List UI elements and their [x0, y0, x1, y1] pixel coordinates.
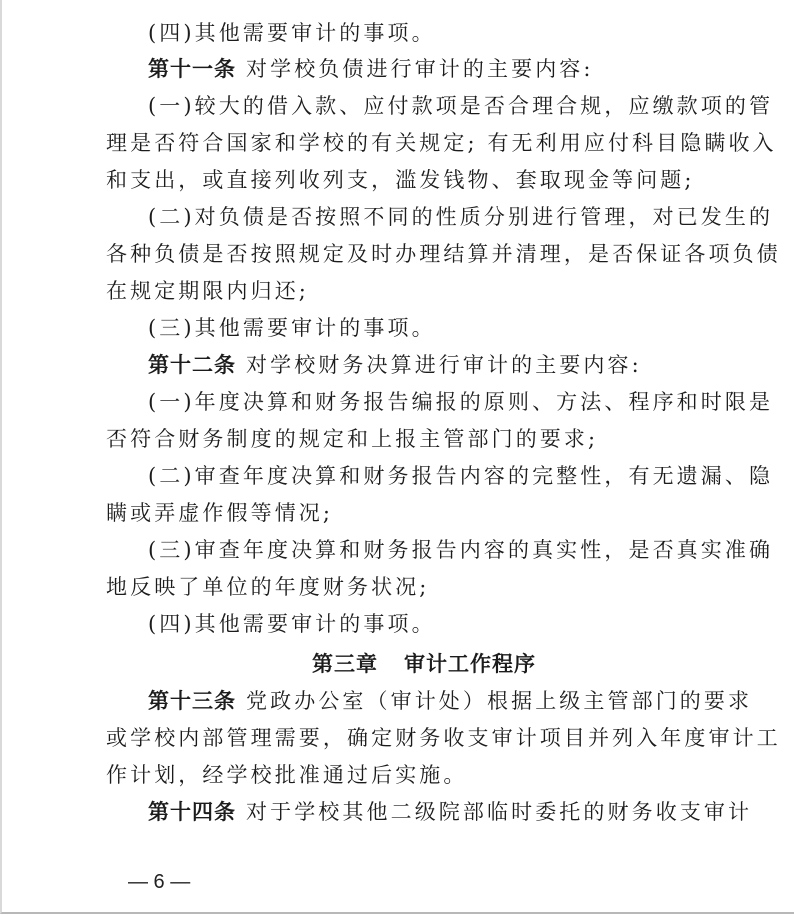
article-number: 第十三条: [148, 689, 236, 713]
chapter-number: 第三章: [312, 652, 378, 676]
page-number: — 6 —: [128, 870, 190, 894]
line-text: 在规定期限内归还;: [106, 279, 309, 303]
article-number: 第十二条: [148, 353, 236, 377]
chapter-heading: 第三章审计工作程序: [312, 651, 536, 677]
paragraph-line: (三)审查年度决算和财务报告内容的真实性，是否真实准确: [148, 537, 738, 563]
line-text: 对于学校其他二级院部临时委托的财务收支审计: [246, 800, 752, 824]
line-text: 否符合财务制度的规定和上报主管部门的要求;: [106, 427, 598, 451]
paragraph-line: (二)审查年度决算和财务报告内容的完整性，有无遗漏、隐: [148, 463, 738, 489]
line-text: 党政办公室（审计处）根据上级主管部门的要求: [246, 689, 752, 713]
line-text: 或学校内部管理需要，确定财务收支审计项目并列入年度审计工: [106, 726, 781, 750]
line-text: (三)审查年度决算和财务报告内容的真实性，是否真实准确: [148, 538, 773, 562]
line-text: 地反映了单位的年度财务状况;: [106, 575, 429, 599]
paragraph-line: 或学校内部管理需要，确定财务收支审计项目并列入年度审计工: [106, 725, 696, 751]
paragraph-line: 和支出，或直接列收列支，滥发钱物、套取现金等问题;: [106, 167, 696, 193]
paragraph-line: (一)年度决算和财务报告编报的原则、方法、程序和时限是: [148, 389, 738, 415]
paragraph-line: 地反映了单位的年度财务状况;: [106, 574, 696, 600]
line-text: (二)对负债是否按照不同的性质分别进行管理，对已发生的: [148, 205, 773, 229]
article-number: 第十一条: [148, 57, 236, 81]
article-14-heading: 第十四条对于学校其他二级院部临时委托的财务收支审计: [148, 799, 738, 825]
line-text: (三)其他需要审计的事项。: [148, 316, 436, 340]
line-text: 和支出，或直接列收列支，滥发钱物、套取现金等问题;: [106, 168, 695, 192]
article-13-heading: 第十三条党政办公室（审计处）根据上级主管部门的要求: [148, 688, 738, 714]
line-text: 各种负债是否按照规定及时办理结算并清理，是否保证各项负债: [106, 242, 781, 266]
paragraph-line: 理是否符合国家和学校的有关规定; 有无利用应付科目隐瞒收入: [106, 130, 696, 156]
paragraph-line: 瞒或弄虚作假等情况;: [106, 500, 696, 526]
paragraph-line: (四)其他需要审计的事项。: [148, 611, 738, 637]
paragraph-line: 各种负债是否按照规定及时办理结算并清理，是否保证各项负债: [106, 241, 696, 267]
line-text: (四)其他需要审计的事项。: [148, 21, 436, 45]
line-text: 瞒或弄虚作假等情况;: [106, 501, 333, 525]
line-text: (一)较大的借入款、应付款项是否合理合规，应缴款项的管: [148, 94, 773, 118]
line-text: (一)年度决算和财务报告编报的原则、方法、程序和时限是: [148, 390, 773, 414]
line-text: 作计划，经学校批准通过后实施。: [106, 763, 468, 787]
article-11-heading: 第十一条对学校负债进行审计的主要内容:: [148, 56, 738, 82]
paragraph-line: 否符合财务制度的规定和上报主管部门的要求;: [106, 426, 696, 452]
paragraph-line: 作计划，经学校批准通过后实施。: [106, 762, 696, 788]
chapter-title: 审计工作程序: [404, 652, 536, 676]
paragraph-line: (四)其他需要审计的事项。: [148, 20, 738, 46]
paragraph-line: (二)对负债是否按照不同的性质分别进行管理，对已发生的: [148, 204, 738, 230]
line-text: 理是否符合国家和学校的有关规定; 有无利用应付科目隐瞒收入: [106, 131, 777, 155]
line-text: 对学校财务决算进行审计的主要内容:: [246, 353, 642, 377]
document-page: (四)其他需要审计的事项。 第十一条对学校负债进行审计的主要内容: (一)较大的…: [0, 0, 794, 914]
line-text: (四)其他需要审计的事项。: [148, 612, 436, 636]
paragraph-line: (一)较大的借入款、应付款项是否合理合规，应缴款项的管: [148, 93, 738, 119]
article-12-heading: 第十二条对学校财务决算进行审计的主要内容:: [148, 352, 738, 378]
line-text: (二)审查年度决算和财务报告内容的完整性，有无遗漏、隐: [148, 464, 773, 488]
article-number: 第十四条: [148, 800, 236, 824]
line-text: 对学校负债进行审计的主要内容:: [246, 57, 594, 81]
paragraph-line: (三)其他需要审计的事项。: [148, 315, 738, 341]
paragraph-line: 在规定期限内归还;: [106, 278, 696, 304]
